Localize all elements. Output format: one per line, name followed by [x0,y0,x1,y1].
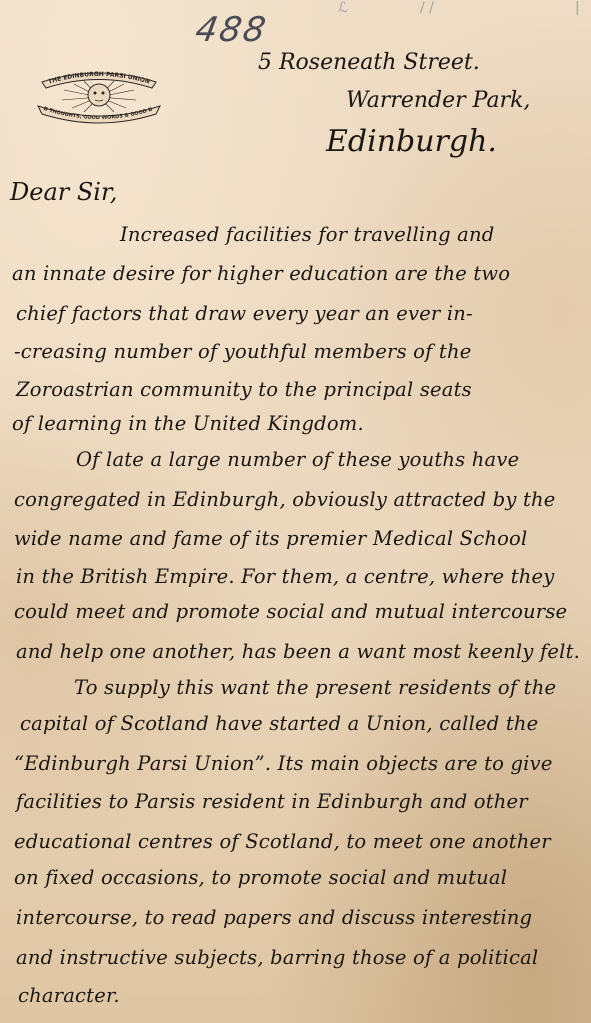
body-line: facilities to Parsis resident in Edinbur… [16,790,528,813]
body-line: -creasing number of youthful members of … [14,340,471,363]
body-line: wide name and fame of its premier Medica… [14,527,527,550]
body-line: on fixed occasions, to promote social an… [14,866,507,889]
greeting: Dear Sir, [10,178,117,206]
body-line: capital of Scotland have started a Union… [20,712,538,735]
pencil-mark: / / [420,0,434,16]
archive-number: 488 [192,10,270,50]
body-line: and help one another, has been a want mo… [16,640,580,663]
body-line: congregated in Edinburgh, obviously attr… [14,488,556,511]
body-line: of learning in the United Kingdom. [12,412,364,435]
body-line: chief factors that draw every year an ev… [16,302,473,325]
body-line: could meet and promote social and mutual… [14,600,567,623]
body-line: intercourse, to read papers and discuss … [16,906,532,929]
address-line-3: Edinburgh. [326,124,497,159]
address-line-1: 5 Roseneath Street. [258,50,480,75]
sun-face-icon [62,81,136,112]
letterhead-crest: THE EDINBURGH PARSI UNION GOOD THOUGHTS,… [34,62,164,132]
body-line: educational centres of Scotland, to meet… [14,830,551,853]
body-line: Of late a large number of these youths h… [76,448,519,471]
body-line: Zoroastrian community to the principal s… [16,378,472,401]
body-line: and instructive subjects, barring those … [16,946,538,969]
body-line: To supply this want the present resident… [74,676,556,699]
pencil-mark: | [575,0,580,16]
body-line: character. [18,984,120,1007]
address-line-2: Warrender Park, [346,88,530,113]
body-line: “Edinburgh Parsi Union”. Its main object… [14,752,553,775]
letter-page: 488 ℒ / / | THE EDINBURGH PARSI UNION [0,0,591,1023]
body-line: in the British Empire. For them, a centr… [16,565,554,588]
body-line: an innate desire for higher education ar… [12,262,510,285]
pencil-mark: ℒ [338,0,348,16]
body-line: Increased facilities for travelling and [120,223,494,246]
